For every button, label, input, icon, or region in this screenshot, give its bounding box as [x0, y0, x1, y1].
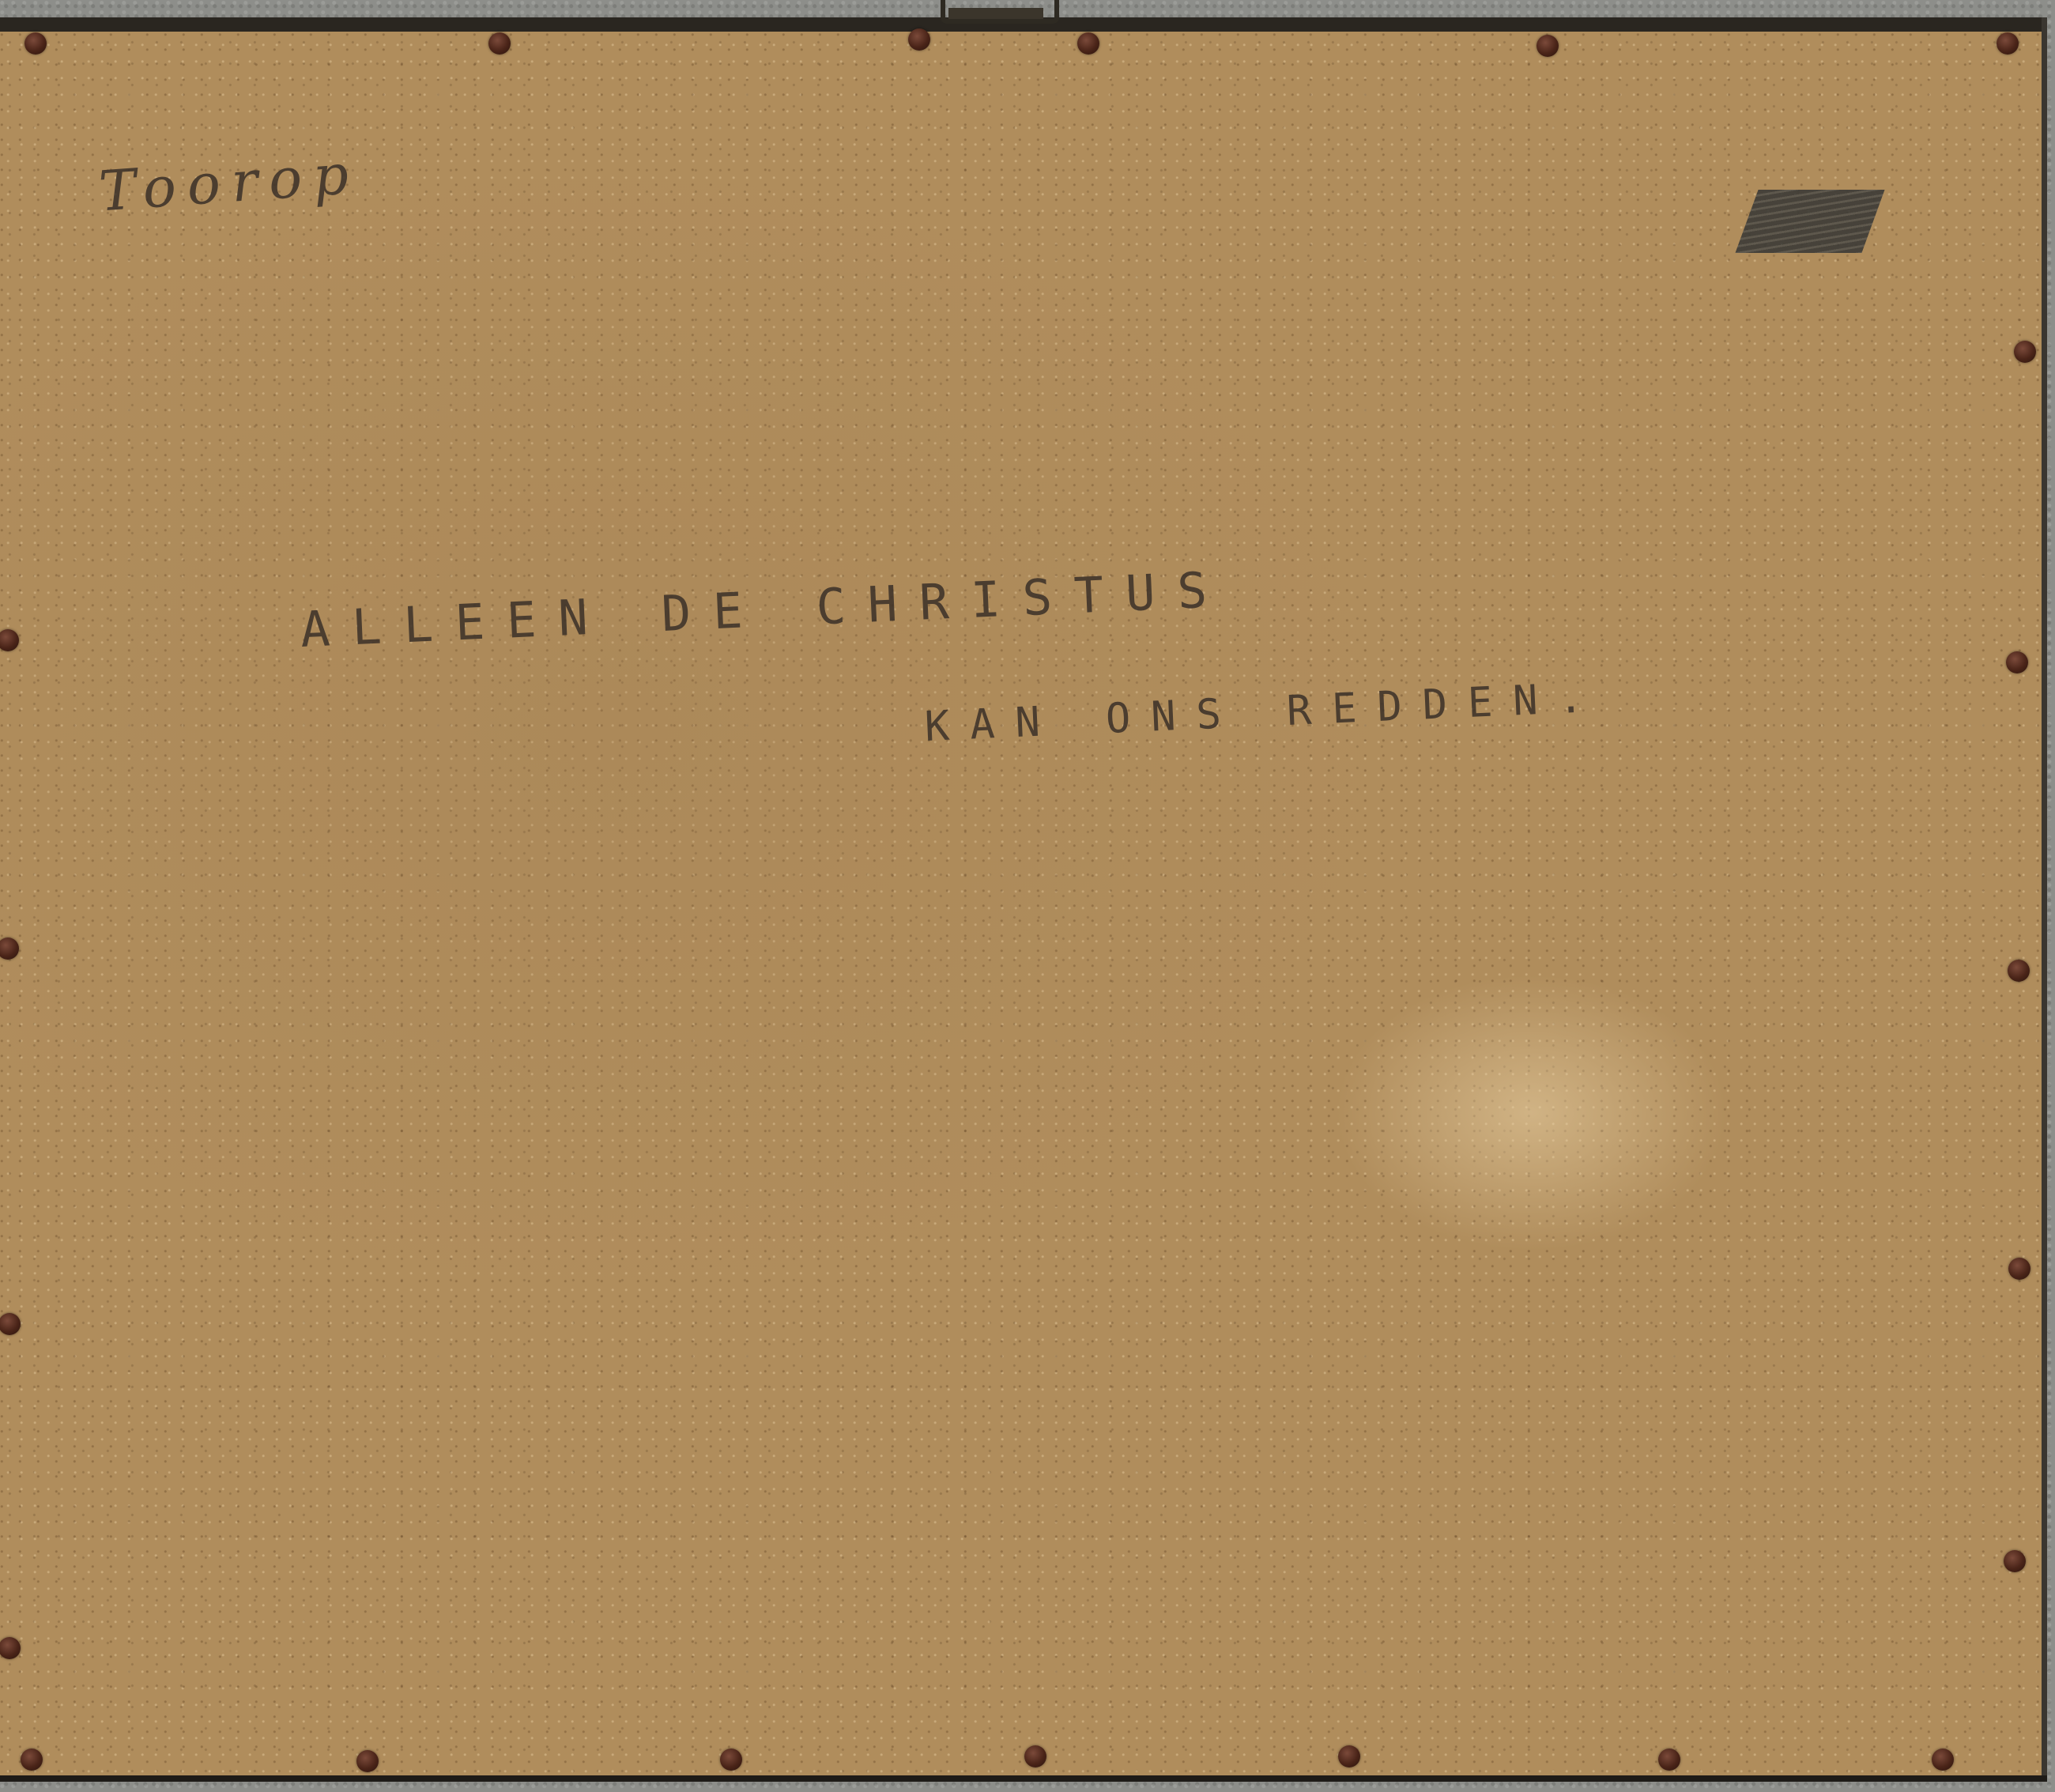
- artist-signature: Toorop: [97, 141, 362, 224]
- nail-head: [1077, 32, 1099, 55]
- nail-head: [1024, 1745, 1046, 1767]
- nail-head: [1537, 35, 1559, 57]
- inscription-line-2: kan ons redden.: [924, 674, 1604, 751]
- nail-head: [2004, 1550, 2026, 1572]
- cardboard-backing: Toorop Alleen de Christus kan ons redden…: [0, 32, 2042, 1775]
- nail-head: [2014, 341, 2036, 363]
- frame-bottom-edge: [0, 1775, 2047, 1782]
- frame-right-edge: [2042, 17, 2047, 1782]
- nail-head: [1658, 1749, 1680, 1771]
- nail-head: [1997, 32, 2019, 55]
- nail-head: [25, 32, 47, 55]
- nail-head: [2008, 1258, 2030, 1280]
- nail-head: [21, 1749, 43, 1771]
- nail-head: [2006, 651, 2028, 673]
- nail-head: [1932, 1749, 1954, 1771]
- scribbled-out-mark: [1735, 190, 1884, 253]
- nail-head: [488, 32, 511, 55]
- picture-hanger: [941, 0, 1059, 24]
- nail-head: [356, 1750, 379, 1772]
- nail-head: [1338, 1745, 1360, 1767]
- inscription-line-1: Alleen de Christus: [299, 560, 1230, 658]
- nail-head: [720, 1749, 742, 1771]
- nail-head: [2008, 960, 2030, 982]
- nail-head: [908, 28, 930, 51]
